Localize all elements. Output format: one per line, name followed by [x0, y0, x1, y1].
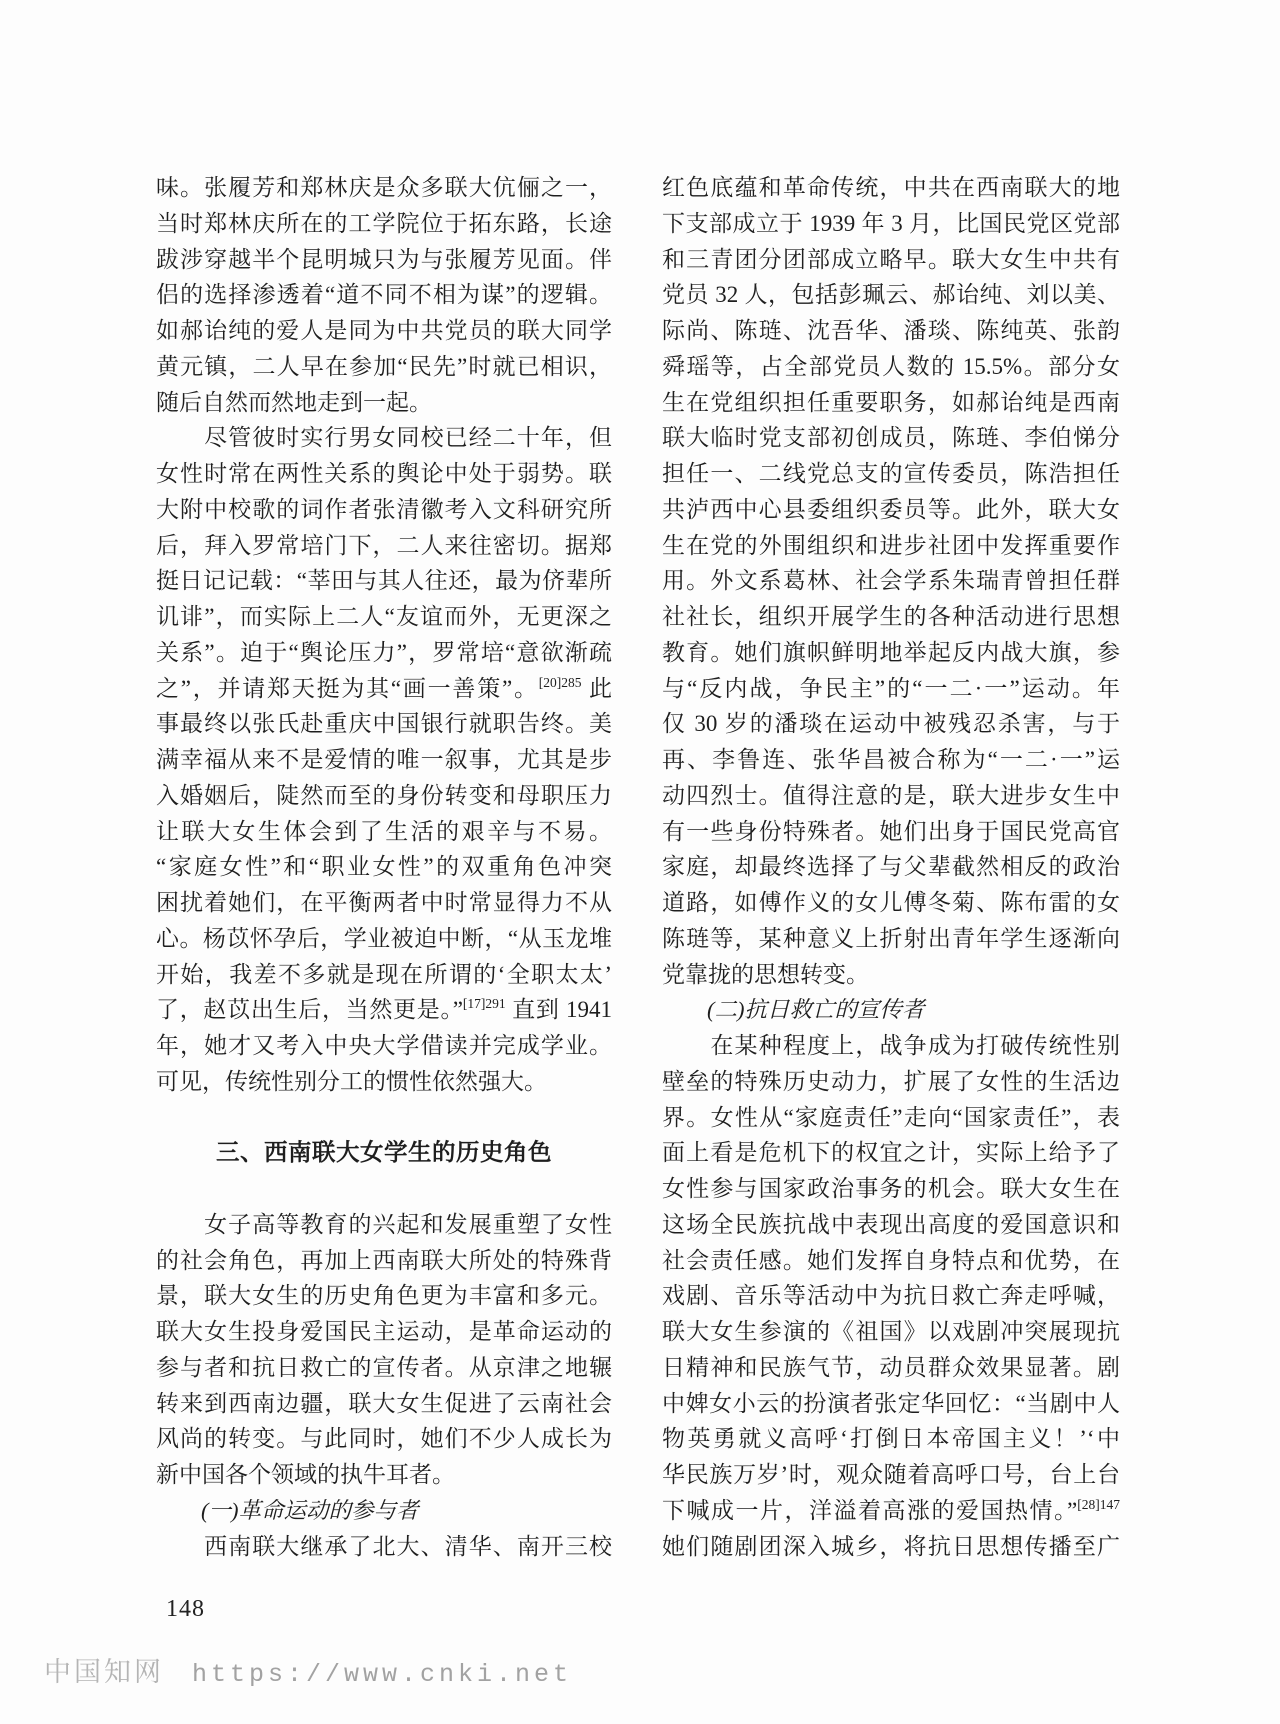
text-line: 生在党组织担任重要职务，如郝诒纯是西南	[662, 385, 1120, 421]
text-line: 际尚、陈琏、沈吾华、潘琰、陈纯英、张韵芝、陈	[662, 313, 1120, 349]
citation-ref: [28]147	[1077, 1497, 1120, 1512]
text-line: 用。外文系葛林、社会学系朱瑞青曾担任群	[662, 563, 1120, 599]
text-line: 陈琏等，某种意义上折射出青年学生逐渐向	[662, 921, 1120, 957]
text-line: 开始，我差不多就是现在所谓的‘全职太太’	[156, 957, 612, 993]
text-line: 让联大女生体会到了生活的艰辛与不易。	[156, 814, 612, 850]
text-line: 如郝诒纯的爱人是同为中共党员的联大同学	[156, 313, 612, 349]
text-line: 下喊成一片，洋溢着高涨的爱国热情。”[28]147	[662, 1493, 1120, 1529]
text-line: 尽管彼时实行男女同校已经二十年，但	[156, 420, 612, 456]
text-line: 景，联大女生的历史角色更为丰富和多元。	[156, 1278, 612, 1314]
left-column: 味。张履芳和郑林庆是众多联大伉俪之一，当时郑林庆所在的工学院位于拓东路，长途跋涉…	[156, 170, 612, 1564]
text-line: 有一些身份特殊者。她们出身于国民党高官	[662, 814, 1120, 850]
text-line: 心。杨苡怀孕后，学业被迫中断，“从玉龙堆	[156, 921, 612, 957]
text-line: 新中国各个领域的执牛耳者。	[156, 1457, 612, 1493]
text-line: 日精神和民族气节，动员群众效果显著。剧	[662, 1350, 1120, 1386]
text-line: 和三青团分团部成立略早。联大女生中共有	[662, 242, 1120, 278]
text-line: 家庭，却最终选择了与父辈截然相反的政治	[662, 849, 1120, 885]
text-line: 再、李鲁连、张华昌被合称为“一二·一”运	[662, 742, 1120, 778]
text-line: 她们随剧团深入城乡，将抗日思想传播至广	[662, 1529, 1120, 1565]
text-line: 与“反内战，争民主”的“一二·一”运动。年	[662, 671, 1120, 707]
text-line: 戏剧、音乐等活动中为抗日救亡奔走呼喊，如	[662, 1278, 1120, 1314]
text-line: 侣的选择渗透着“道不同不相为谋”的逻辑。	[156, 277, 612, 313]
text-line: 讥诽”，而实际上二人“友谊而外，无更深之	[156, 599, 612, 635]
text-line: 关系”。迫于“舆论压力”，罗常培“意欲渐疏	[156, 635, 612, 671]
text-line: 风尚的转变。与此同时，她们不少人成长为	[156, 1421, 612, 1457]
text-line: 在某种程度上，战争成为打破传统性别	[662, 1028, 1120, 1064]
text-line: 道路，如傅作义的女儿傅冬菊、陈布雷的女儿	[662, 885, 1120, 921]
subsection-heading: (一)革命运动的参与者	[156, 1493, 612, 1529]
text-line: 教育。她们旗帜鲜明地举起反内战大旗，参	[662, 635, 1120, 671]
watermark: 中国知网 https://www.cnki.net	[44, 1650, 572, 1689]
text-line: 入婚姻后，陡然而至的身份转变和母职压力	[156, 778, 612, 814]
text-line: 中婢女小云的扮演者张定华回忆：“当剧中人	[662, 1386, 1120, 1422]
citation-ref: [20]285	[539, 675, 582, 690]
text-line: 这场全民族抗战中表现出高度的爱国意识和	[662, 1207, 1120, 1243]
text-line: 随后自然而然地走到一起。	[156, 385, 612, 421]
text-line: 壁垒的特殊历史动力，扩展了女性的生活边	[662, 1064, 1120, 1100]
text-line: 动四烈士。值得注意的是，联大进步女生中	[662, 778, 1120, 814]
text-line: 女性参与国家政治事务的机会。联大女生在	[662, 1171, 1120, 1207]
text-line: 女子高等教育的兴起和发展重塑了女性	[156, 1207, 612, 1243]
text-line: 转来到西南边疆，联大女生促进了云南社会	[156, 1386, 612, 1422]
text-line: 社会责任感。她们发挥自身特点和优势，在	[662, 1243, 1120, 1279]
right-column: 红色底蕴和革命传统，中共在西南联大的地下支部成立于 1939 年 3 月，比国民…	[662, 170, 1120, 1564]
text-line: 红色底蕴和革命传统，中共在西南联大的地	[662, 170, 1120, 206]
text-line: 黄元镇，二人早在参加“民先”时就已相识，	[156, 349, 612, 385]
text-line: 之”，并请郑天挺为其“画一善策”。[20]285 此	[156, 671, 612, 707]
text-line: 年，她才又考入中央大学借读并完成学业。	[156, 1028, 612, 1064]
text-line: 西南联大继承了北大、清华、南开三校的	[156, 1529, 612, 1565]
text-line: 联大临时党支部初创成员，陈琏、李伯悌分别	[662, 420, 1120, 456]
text-line: 生在党的外围组织和进步社团中发挥重要作	[662, 528, 1120, 564]
text-line: 后，拜入罗常培门下，二人来往密切。据郑天	[156, 528, 612, 564]
text-line: 挺日记记载：“莘田与其人往还，最为侪辈所	[156, 563, 612, 599]
watermark-brand: 中国知网	[44, 1650, 164, 1689]
text-line: 满幸福从来不是爱情的唯一叙事，尤其是步	[156, 742, 612, 778]
text-line: 界。女性从“家庭责任”走向“国家责任”，表	[662, 1100, 1120, 1136]
text-line: 事最终以张氏赴重庆中国银行就职告终。美	[156, 706, 612, 742]
text-line: 担任一、二线党总支的宣传委员，陈浩担任中	[662, 456, 1120, 492]
text-line: 舜瑶等，占全部党员人数的 15.5%。部分女	[662, 349, 1120, 385]
page-number: 148	[166, 1596, 205, 1623]
subsection-heading: (二)抗日救亡的宣传者	[662, 992, 1120, 1028]
journal-page: 味。张履芳和郑林庆是众多联大伉俪之一，当时郑林庆所在的工学院位于拓东路，长途跋涉…	[0, 0, 1280, 1724]
text-line: 参与者和抗日救亡的宣传者。从京津之地辗	[156, 1350, 612, 1386]
text-line: 了，赵苡出生后，当然更是。”[17]291 直到 1941	[156, 992, 612, 1028]
text-line: 党员 32 人，包括彭珮云、郝诒纯、刘以美、池	[662, 277, 1120, 313]
text-line: 可见，传统性别分工的惯性依然强大。	[156, 1064, 612, 1100]
watermark-url: https://www.cnki.net	[192, 1660, 572, 1689]
text-line: 女性时常在两性关系的舆论中处于弱势。联	[156, 456, 612, 492]
citation-ref: [17]291	[463, 996, 506, 1011]
text-line: 味。张履芳和郑林庆是众多联大伉俪之一，	[156, 170, 612, 206]
text-line: 面上看是危机下的权宜之计，实际上给予了	[662, 1135, 1120, 1171]
text-line: 仅 30 岁的潘琰在运动中被残忍杀害，与于	[662, 706, 1120, 742]
text-line: 的社会角色，再加上西南联大所处的特殊背	[156, 1243, 612, 1279]
text-line: “家庭女性”和“职业女性”的双重角色冲突	[156, 849, 612, 885]
text-line: 党靠拢的思想转变。	[662, 957, 1120, 993]
text-line: 大附中校歌的词作者张清徽考入文科研究所	[156, 492, 612, 528]
text-line: 共泸西中心县委组织委员等。此外，联大女	[662, 492, 1120, 528]
text-line: 下支部成立于 1939 年 3 月，比国民党区党部	[662, 206, 1120, 242]
text-line: 困扰着她们，在平衡两者中时常显得力不从	[156, 885, 612, 921]
text-line: 社社长，组织开展学生的各种活动进行思想	[662, 599, 1120, 635]
text-line: 跋涉穿越半个昆明城只为与张履芳见面。伴	[156, 242, 612, 278]
text-line: 当时郑林庆所在的工学院位于拓东路，长途	[156, 206, 612, 242]
section-heading: 三、西南联大女学生的历史角色	[156, 1135, 612, 1171]
blank-line	[156, 1100, 612, 1136]
blank-line	[156, 1171, 612, 1207]
text-line: 华民族万岁’时，观众随着高呼口号，台上台	[662, 1457, 1120, 1493]
text-line: 联大女生参演的《祖国》以戏剧冲突展现抗	[662, 1314, 1120, 1350]
text-line: 联大女生投身爱国民主运动，是革命运动的	[156, 1314, 612, 1350]
text-line: 物英勇就义高呼‘打倒日本帝国主义！’‘中	[662, 1421, 1120, 1457]
